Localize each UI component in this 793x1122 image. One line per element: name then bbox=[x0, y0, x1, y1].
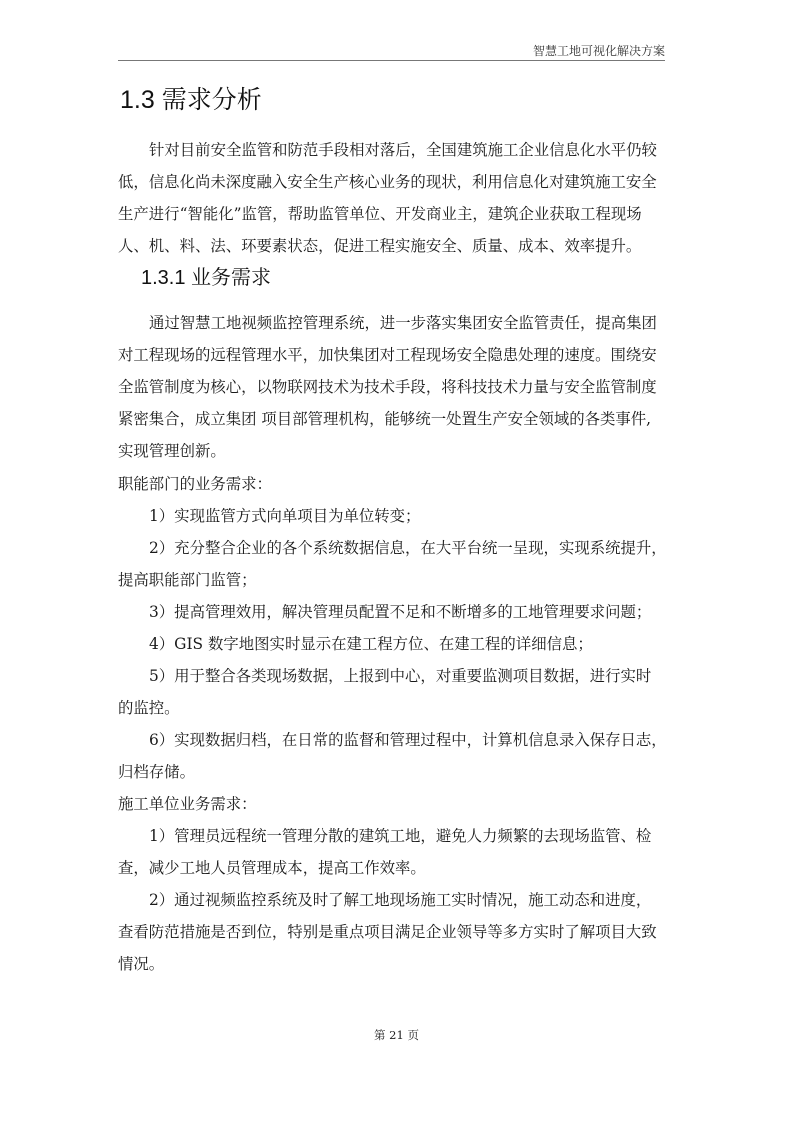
contractor-label: 施工单位业务需求： bbox=[118, 788, 663, 820]
text-line: 紧密集合，成立集团 项目部管理机构，能够统一处置生产安全领域的各类事件, bbox=[118, 403, 663, 435]
list-item: 1）实现监管方式向单项目为单位转变； bbox=[118, 500, 663, 532]
document-title: 智慧工地可视化解决方案 bbox=[533, 44, 665, 58]
list-item-continuation: 提高职能部门监管； bbox=[118, 564, 663, 596]
text-line: 通过智慧工地视频监控管理系统，进一步落实集团安全监管责任，提高集团 bbox=[118, 307, 663, 339]
list-item: 5）用于整合各类现场数据，上报到中心，对重要监测项目数据，进行实时 bbox=[118, 660, 663, 692]
page-header: 智慧工地可视化解决方案 bbox=[118, 44, 665, 61]
text-line: 人、机、料、法、环要素状态，促进工程实施安全、质量、成本、效率提升。 bbox=[118, 230, 663, 262]
dept-label: 职能部门的业务需求： bbox=[118, 468, 663, 500]
text-line: 全监管制度为核心，以物联网技术为技术手段，将科技技术力量与安全监管制度 bbox=[118, 371, 663, 403]
list-item: 2）充分整合企业的各个系统数据信息，在大平台统一呈现，实现系统提升， bbox=[118, 532, 663, 564]
list-item-continuation: 的监控。 bbox=[118, 692, 663, 724]
list-item: 6）实现数据归档，在日常的监督和管理过程中，计算机信息录入保存日志， bbox=[118, 724, 663, 756]
dept-requirements: 职能部门的业务需求： 1）实现监管方式向单项目为单位转变； 2）充分整合企业的各… bbox=[118, 468, 663, 980]
list-item-continuation: 情况。 bbox=[118, 948, 663, 980]
list-item-continuation: 查，减少工地人员管理成本，提高工作效率。 bbox=[118, 852, 663, 884]
list-item: 4）GIS 数字地图实时显示在建工程方位、在建工程的详细信息； bbox=[118, 628, 663, 660]
section-intro-paragraph: 针对目前安全监管和防范手段相对落后，全国建筑施工企业信息化水平仍较 低，信息化尚… bbox=[118, 134, 663, 262]
text-line: 实现管理创新。 bbox=[118, 435, 663, 467]
list-item-continuation: 归档存储。 bbox=[118, 756, 663, 788]
subsection-heading: 1.3.1 业务需求 bbox=[141, 264, 271, 292]
page-number: 第 21 页 bbox=[0, 1027, 793, 1043]
text-line: 生产进行“智能化”监管，帮助监管单位、开发商业主，建筑企业获取工程现场 bbox=[118, 198, 663, 230]
section-heading: 1.3 需求分析 bbox=[120, 84, 262, 116]
text-line: 低，信息化尚未深度融入安全生产核心业务的现状，利用信息化对建筑施工安全 bbox=[118, 166, 663, 198]
subsection-intro-paragraph: 通过智慧工地视频监控管理系统，进一步落实集团安全监管责任，提高集团 对工程现场的… bbox=[118, 307, 663, 467]
list-item: 1）管理员远程统一管理分散的建筑工地，避免人力频繁的去现场监管、检 bbox=[118, 820, 663, 852]
list-item: 2）通过视频监控系统及时了解工地现场施工实时情况，施工动态和进度， bbox=[118, 884, 663, 916]
list-item: 3）提高管理效用，解决管理员配置不足和不断增多的工地管理要求问题； bbox=[118, 596, 663, 628]
list-item-continuation: 查看防范措施是否到位，特别是重点项目满足企业领导等多方实时了解项目大致 bbox=[118, 916, 663, 948]
text-line: 对工程现场的远程管理水平，加快集团对工程现场安全隐患处理的速度。围绕安 bbox=[118, 339, 663, 371]
text-line: 针对目前安全监管和防范手段相对落后，全国建筑施工企业信息化水平仍较 bbox=[118, 134, 663, 166]
